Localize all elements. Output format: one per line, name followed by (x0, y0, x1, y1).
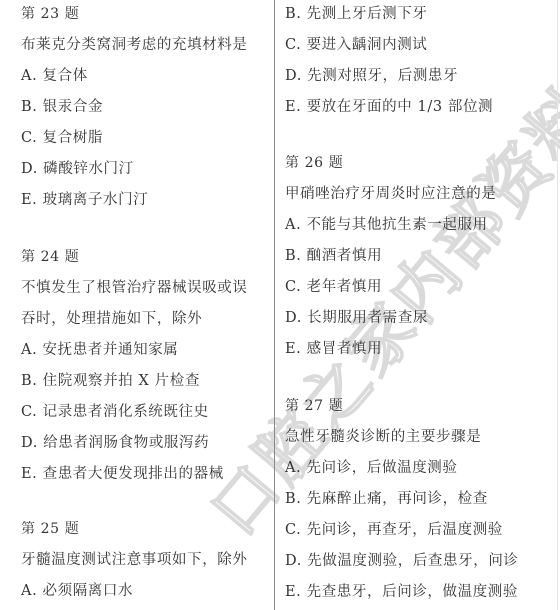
page-edge (557, 0, 558, 610)
question-stem: 甲硝唑治疗牙周炎时应注意的是 (285, 185, 496, 203)
option-a: A. 复合体 (21, 67, 88, 85)
option-b: B. 酗酒者慎用 (285, 247, 382, 265)
watermark: 口腔之家内部资料 (184, 62, 560, 552)
question-number: 第 24 题 (21, 248, 79, 266)
question-stem-line-1: 不慎发生了根管治疗器械误吸或误 (21, 279, 248, 297)
option-c: C. 要进入龋洞内测试 (285, 36, 427, 54)
option-b: B. 银汞合金 (21, 98, 103, 116)
option-a: A. 不能与其他抗生素一起服用 (285, 216, 488, 234)
option-b: B. 先测上牙后测下牙 (285, 5, 427, 23)
option-a: A. 必须隔离口水 (21, 582, 133, 600)
question-number: 第 23 题 (21, 5, 79, 23)
question-number: 第 26 题 (285, 154, 343, 172)
option-e: E. 先查患牙，后问诊，做温度测验 (285, 583, 518, 601)
option-b: B. 住院观察并拍 X 片检查 (21, 372, 200, 390)
question-number: 第 27 题 (285, 397, 343, 415)
option-b: B. 先麻醉止痛，再问诊，检查 (285, 490, 488, 508)
option-c: C. 复合树脂 (21, 129, 103, 147)
option-e: E. 玻璃离子水门汀 (21, 191, 148, 209)
option-c: C. 记录患者消化系统既往史 (21, 403, 209, 421)
exam-page: 口腔之家内部资料 第 23 题 布莱克分类窝洞考虑的充填材料是 A. 复合体 B… (0, 0, 560, 610)
option-c: C. 先问诊，再查牙，后温度测验 (285, 521, 503, 539)
option-e: E. 感冒者慎用 (285, 340, 382, 358)
option-e: E. 查患者大便发现排出的器械 (21, 465, 224, 483)
option-c: C. 老年者慎用 (285, 278, 382, 296)
option-d: D. 先做温度测验，后查患牙，问诊 (285, 552, 519, 570)
option-d: D. 长期服用者需查尿 (285, 309, 428, 327)
option-d: D. 先测对照牙，后测患牙 (285, 67, 458, 85)
question-stem: 布莱克分类窝洞考虑的充填材料是 (21, 36, 248, 54)
question-stem: 急性牙髓炎诊断的主要步骤是 (285, 428, 481, 446)
question-stem-line-2: 吞时，处理措施如下，除外 (21, 310, 202, 328)
question-number: 第 25 题 (21, 520, 79, 538)
column-divider (274, 0, 275, 610)
option-e: E. 要放在牙面的中 1/3 部位测 (285, 98, 493, 116)
question-stem: 牙髓温度测试注意事项如下，除外 (21, 551, 248, 569)
option-d: D. 磷酸锌水门汀 (21, 160, 134, 178)
option-a: A. 先问诊，后做温度测验 (285, 459, 458, 477)
option-a: A. 安抚患者并通知家属 (21, 341, 178, 359)
option-d: D. 给患者润肠食物或服泻药 (21, 434, 209, 452)
